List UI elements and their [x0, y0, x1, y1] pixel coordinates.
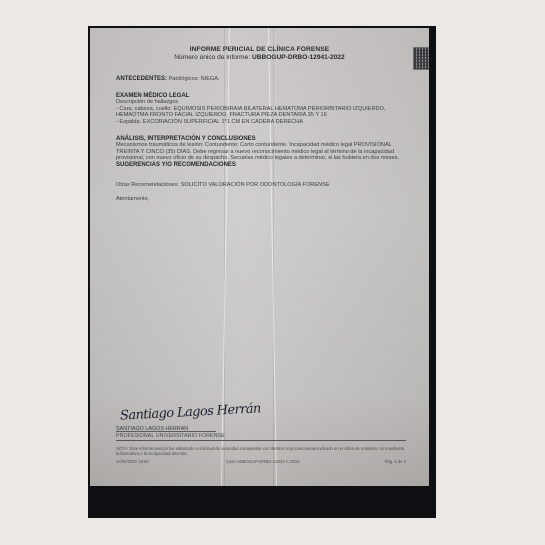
footer-date: 24/04/2022 19:59 — [116, 459, 149, 464]
handwritten-signature: Santiago Lagos Herrán — [120, 401, 261, 423]
examen-line: - Espalda: EXCORIACIÓN SUPERFICIAL 1*1 C… — [116, 119, 406, 126]
antecedentes-value: Patológicos: NIEGA. — [169, 76, 220, 82]
other-recommendations-label: Otras Recomendaciones: — [116, 182, 179, 188]
report-number-label: Número único de informe: — [174, 54, 250, 61]
document-title: INFORME PERICIAL DE CLÍNICA FORENSE — [90, 46, 429, 53]
examen-subheading: Descripción de hallazgos — [116, 99, 406, 106]
page-number: Pág. 2 de 2 — [385, 459, 406, 464]
analisis-text: Mecanismos traumáticos de lesión: Contun… — [116, 142, 406, 162]
antecedentes-line: ANTECEDENTES: Patológicos: NIEGA. — [116, 76, 406, 83]
other-recommendations: Otras Recomendaciones: SOLICITO VALORACI… — [116, 182, 406, 189]
footer-case: Caso UBBOGUP-DRBO-12941-C-2022 — [226, 459, 300, 464]
report-number: UBBOGUP-DRBO-12941-2022 — [252, 54, 345, 61]
closing: Atentamente, — [116, 196, 406, 203]
analisis-heading: ANÁLISIS, INTERPRETACIÓN Y CONCLUSIONES — [116, 136, 406, 143]
examen-heading: EXAMEN MÉDICO LEGAL — [116, 93, 406, 100]
footer-note: NOTA: Este informe pericial fue elaborad… — [116, 446, 406, 456]
qr-code-icon — [414, 48, 429, 69]
document-body: ANTECEDENTES: Patológicos: NIEGA. EXAMEN… — [116, 76, 406, 203]
signatory-name: SANTIAGO LAGOS HERRAN — [116, 426, 188, 432]
other-recommendations-value: SOLICITO VALORACIÓN POR ODONTOLOGÍA FORE… — [181, 182, 330, 188]
sugerencias-heading: SUGERENCIAS Y/O RECOMENDACIONES — [116, 162, 406, 169]
signatory-title: PROFESIONAL UNIVERSITARIO FORENSE — [116, 433, 225, 439]
document-header: INFORME PERICIAL DE CLÍNICA FORENSE Núme… — [90, 46, 429, 61]
document-page: INFORME PERICIAL DE CLÍNICA FORENSE Núme… — [90, 28, 429, 486]
antecedentes-label: ANTECEDENTES: — [116, 76, 167, 82]
examen-line: - Cara, cabeza, cuello: EQUIMOSIS PERIOB… — [116, 106, 406, 119]
report-number-line: Número único de informe: UBBOGUP-DRBO-12… — [90, 54, 429, 61]
footer-divider — [116, 440, 406, 441]
